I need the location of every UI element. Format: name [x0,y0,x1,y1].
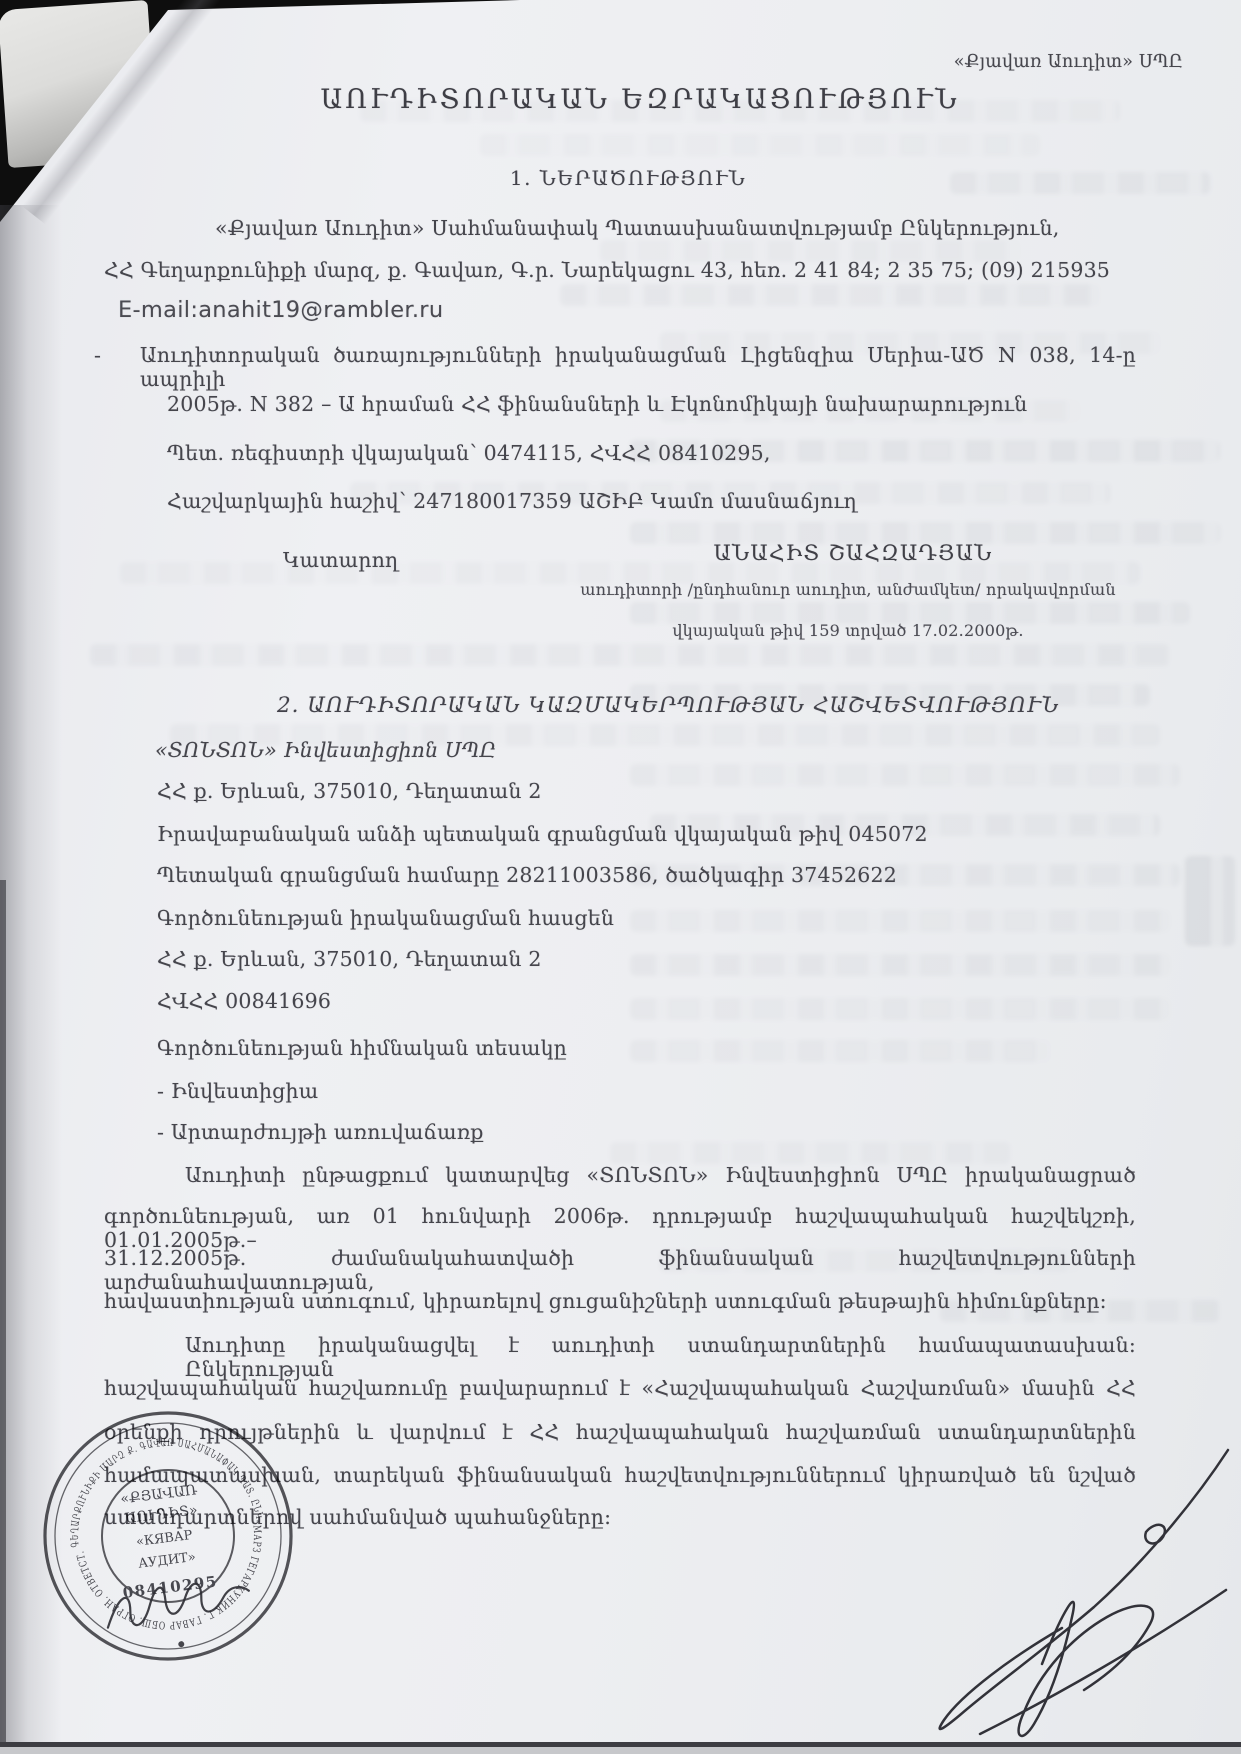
license-dash: - [94,343,101,367]
activity-address-label: Գործունեության իրականացման հասցեն [157,906,614,930]
license-line-2: 2005թ. N 382 – Ա հրաման ՀՀ ֆինանսների և … [167,392,1027,416]
email-line: E-mail:anahit19@rambler.ru [118,297,443,323]
stamp-center-line2: ԱՈՒԴԻՏ» [124,1502,198,1527]
scan-artifact-bleed-through [90,644,1170,666]
license-line-3: Պետ. ռեգիստրի վկայական՝ 0474115, ՀՎՀՀ 08… [167,441,771,465]
paragraph1-line: գործունեության, առ 01 հունվարի 2006թ. դր… [104,1204,1136,1252]
org-address: ՀՀ ք. Երևան, 375010, Դեղատան 2 [157,779,542,803]
paragraph1-line: հավաստիության ստուգում, կիրառելով ցուցան… [104,1289,1107,1313]
scan-artifact-bleed-through [630,764,1180,786]
section2-heading: 2. ԱՈՒԴԻՏՈՐԱԿԱՆ ԿԱԶՄԱԿԵՐՊՈՒԹՅԱՆ ՀԱՇՎԵՏՎՈ… [277,693,1060,718]
org-tin: ՀՎՀՀ 00841696 [157,989,331,1013]
org-name: «ՏՈՆՏՈՆ» Ինվեստիցիոն ՍՊԸ [155,738,497,762]
paragraph2-line: Աուդիտը իրականացվել է աուդիտի ստանդարտնե… [185,1333,1136,1381]
activity-bullet-2: - Արտարժույթի առուվաճառք [157,1120,484,1144]
section1-heading: 1. ՆԵՐԱԾՈՒԹՅՈՒՆ [510,166,746,190]
stamp-center-line3: «КЯВАР [135,1528,193,1550]
stamp-signature [95,1550,264,1661]
scan-artifact-bleed-through [610,1142,1010,1164]
activity-bullet-1: - Ինվեստիցիա [157,1079,318,1103]
activity-type-label: Գործունեության հիմնական տեսակը [157,1036,567,1060]
license-line-4: Հաշվարկային հաշիվ՝ 247180017359 ԱՇԻԲ Կամ… [167,489,857,513]
auditor-name: ԱՆԱՀԻՏ ՇԱՀԶԱԴՅԱՆ [713,541,992,566]
scan-artifact-bleed-through [560,284,1100,306]
qualification-line-1: աուդիտորի /ընդհանուր աուդիտ, անժամկետ/ ո… [580,580,1115,599]
scan-artifact-bleed-through [630,1040,1050,1062]
paragraph1-line: 31.12.2005թ. ժամանակահատվածի ֆինանսական … [104,1246,1136,1294]
scan-artifact-bleed-through [630,910,1170,932]
org-reg-number: Պետական գրանցման համարը 28211003586, ծած… [157,863,897,887]
paragraph1-line: Աուդիտի ընթացքում կատարվեց «ՏՈՆՏՈՆ» Ինվե… [185,1163,1136,1187]
scan-artifact-bleed-through [950,172,1210,194]
document-title: ԱՈՒԴԻՏՈՐԱԿԱՆ ԵԶՐԱԿԱՑՈՒԹՅՈՒՆ [320,84,959,115]
org-registration: Իրավաբանական անձի պետական գրանցման վկայա… [157,822,928,846]
scan-artifact-bleed-through [480,134,1040,156]
auditor-signature [922,1432,1240,1750]
company-line: «Քյավառ Աուդիտ» Սահմանափակ Պատասխանատվու… [215,216,1060,240]
address-line: ՀՀ Գեղարքունիքի մարզ, ք. Գավառ, Գ.ր. Նար… [104,258,1110,282]
license-line-1: Աուդիտորական ծառայությունների իրականացմա… [140,343,1136,391]
scan-artifact-bleed-through [630,954,1170,976]
activity-address: ՀՀ ք. Երևան, 375010, Դեղատան 2 [157,947,542,971]
scan-artifact-bleed-through [1185,856,1235,946]
scan-artifact-left-edge [0,880,6,1754]
scanned-document: «Քյավառ Աուդիտ» ՍՊԸ ԱՈՒԴԻՏՈՐԱԿԱՆ ԵԶՐԱԿԱՑ… [0,0,1241,1754]
scan-artifact-bleed-through [630,998,1170,1020]
qualification-line-2: վկայական թիվ 159 տրված 17.02.2000թ. [672,621,1023,640]
executor-label: Կատարող [283,548,398,572]
corner-note: «Քյավառ Աուդիտ» ՍՊԸ [954,52,1183,72]
